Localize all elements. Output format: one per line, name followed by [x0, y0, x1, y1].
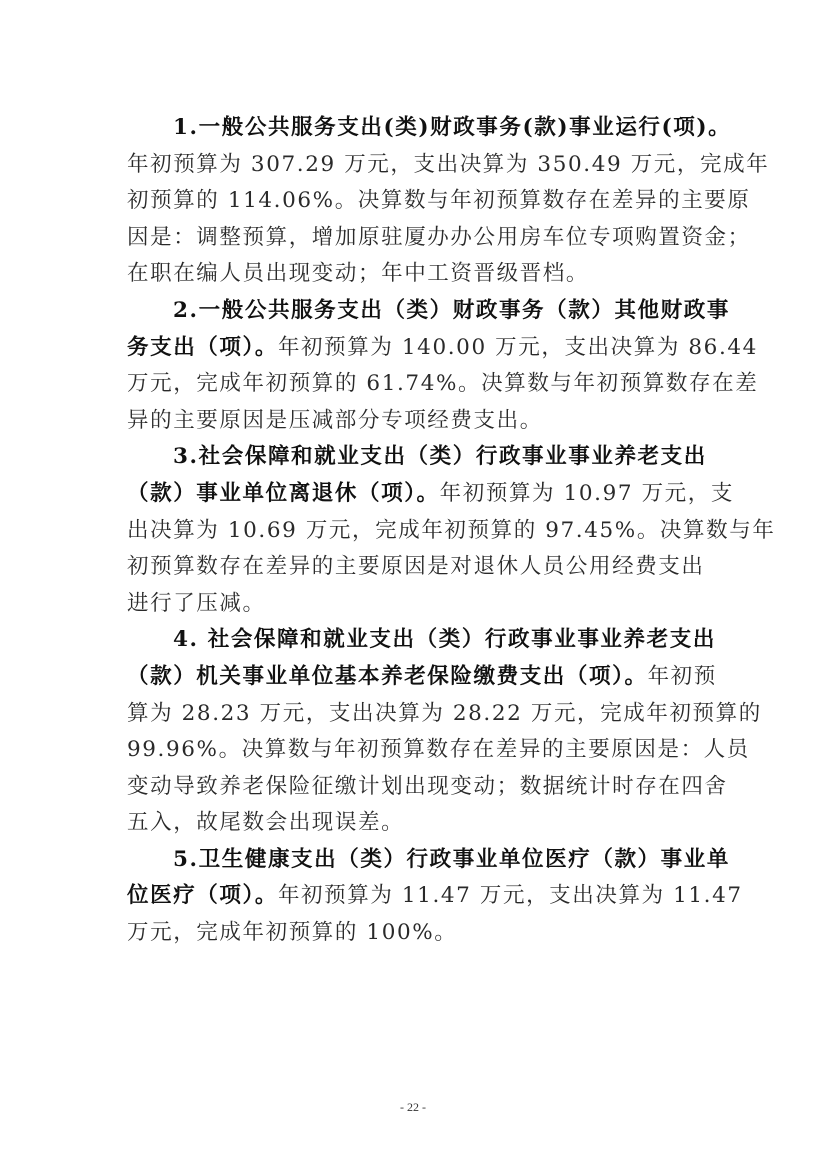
item-body-text: 万元，完成年初预算的 100%。 [127, 920, 457, 945]
item-body-text: 算为 28.23 万元，支出决算为 28.22 万元，完成年初预算的 [127, 701, 762, 726]
paragraph-line: 进行了压减。 [127, 586, 703, 623]
item-body-text: 在职在编人员出现变动；年中工资晋级晋档。 [127, 261, 589, 286]
paragraph-line: 异的主要原因是压减部分专项经费支出。 [127, 403, 703, 440]
item-body-text: 年初预算为 140.00 万元，支出决算为 86.44 [278, 335, 758, 360]
item-heading: 4. 社会保障和就业支出（类）行政事业事业养老支出 [173, 627, 716, 652]
item-body-text: 因是：调整预算，增加原驻厦办办公用房车位专项购置资金； [127, 225, 751, 250]
item-heading: 1.一般公共服务支出(类)财政事务(款)事业运行(项)。 [173, 115, 731, 140]
item-body-text: 出决算为 10.69 万元，完成年初预算的 97.45%。决算数与年 [127, 518, 775, 543]
paragraph-line: 年初预算为 307.29 万元，支出决算为 350.49 万元，完成年 [127, 147, 703, 184]
item-heading: （款）机关事业单位基本养老保险缴费支出（项）。 [127, 664, 648, 689]
document-page: 1.一般公共服务支出(类)财政事务(款)事业运行(项)。 年初预算为 307.2… [0, 0, 826, 1169]
paragraph-line: 务支出（项）。年初预算为 140.00 万元，支出决算为 86.44 [127, 330, 703, 367]
item-heading: 位医疗（项）。 [127, 883, 278, 908]
paragraph-line: 算为 28.23 万元，支出决算为 28.22 万元，完成年初预算的 [127, 696, 703, 733]
paragraph-line: （款）机关事业单位基本养老保险缴费支出（项）。年初预 [127, 659, 703, 696]
paragraph-line: 万元，完成年初预算的 100%。 [127, 915, 703, 952]
item-body-text: 变动导致养老保险征缴计划出现变动；数据统计时存在四舍 [127, 774, 728, 799]
item-body-text: 年初预 [648, 664, 717, 689]
item-heading: 2.一般公共服务支出（类）财政事务（款）其他财政事 [173, 298, 730, 323]
paragraph-line: 在职在编人员出现变动；年中工资晋级晋档。 [127, 256, 703, 293]
paragraph-item-4: 4. 社会保障和就业支出（类）行政事业事业养老支出 （款）机关事业单位基本养老保… [127, 622, 703, 842]
paragraph-line: 初预算数存在差异的主要原因是对退休人员公用经费支出 [127, 549, 703, 586]
paragraph-line: 初预算的 114.06%。决算数与年初预算数存在差异的主要原 [127, 183, 703, 220]
paragraph-line: 4. 社会保障和就业支出（类）行政事业事业养老支出 [127, 622, 703, 659]
item-heading: 3.社会保障和就业支出（类）行政事业事业养老支出 [173, 444, 707, 469]
paragraph-item-1: 1.一般公共服务支出(类)财政事务(款)事业运行(项)。 年初预算为 307.2… [127, 110, 703, 293]
paragraph-line: 1.一般公共服务支出(类)财政事务(款)事业运行(项)。 [127, 110, 703, 147]
item-body-text: 年初预算为 307.29 万元，支出决算为 350.49 万元，完成年 [127, 152, 769, 177]
paragraph-line: 万元，完成年初预算的 61.74%。决算数与年初预算数存在差 [127, 366, 703, 403]
item-body-text: 99.96%。决算数与年初预算数存在差异的主要原因是：人员 [127, 737, 750, 762]
document-body: 1.一般公共服务支出(类)财政事务(款)事业运行(项)。 年初预算为 307.2… [127, 110, 703, 952]
item-heading: 务支出（项）。 [127, 335, 278, 360]
item-body-text: 年初预算为 11.47 万元，支出决算为 11.47 [278, 883, 743, 908]
paragraph-line: 出决算为 10.69 万元，完成年初预算的 97.45%。决算数与年 [127, 513, 703, 550]
item-body-text: 年初预算为 10.97 万元，支 [440, 481, 734, 506]
item-body-text: 进行了压减。 [127, 591, 266, 616]
paragraph-line: （款）事业单位离退休（项）。年初预算为 10.97 万元，支 [127, 476, 703, 513]
paragraph-line: 变动导致养老保险征缴计划出现变动；数据统计时存在四舍 [127, 769, 703, 806]
paragraph-line: 3.社会保障和就业支出（类）行政事业事业养老支出 [127, 439, 703, 476]
paragraph-item-2: 2.一般公共服务支出（类）财政事务（款）其他财政事 务支出（项）。年初预算为 1… [127, 293, 703, 439]
paragraph-line: 5.卫生健康支出（类）行政事业单位医疗（款）事业单 [127, 842, 703, 879]
paragraph-line: 2.一般公共服务支出（类）财政事务（款）其他财政事 [127, 293, 703, 330]
item-body-text: 万元，完成年初预算的 61.74%。决算数与年初预算数存在差 [127, 371, 758, 396]
paragraph-line: 位医疗（项）。年初预算为 11.47 万元，支出决算为 11.47 [127, 878, 703, 915]
item-body-text: 五入，故尾数会出现误差。 [127, 810, 404, 835]
item-body-text: 异的主要原因是压减部分专项经费支出。 [127, 408, 543, 433]
page-number: - 22 - [0, 1100, 826, 1115]
item-heading: （款）事业单位离退休（项）。 [127, 481, 440, 506]
paragraph-item-3: 3.社会保障和就业支出（类）行政事业事业养老支出 （款）事业单位离退休（项）。年… [127, 439, 703, 622]
item-body-text: 初预算的 114.06%。决算数与年初预算数存在差异的主要原 [127, 188, 751, 213]
item-body-text: 初预算数存在差异的主要原因是对退休人员公用经费支出 [127, 554, 705, 579]
item-heading: 5.卫生健康支出（类）行政事业单位医疗（款）事业单 [173, 847, 730, 872]
paragraph-line: 因是：调整预算，增加原驻厦办办公用房车位专项购置资金； [127, 220, 703, 257]
paragraph-line: 99.96%。决算数与年初预算数存在差异的主要原因是：人员 [127, 732, 703, 769]
paragraph-line: 五入，故尾数会出现误差。 [127, 805, 703, 842]
paragraph-item-5: 5.卫生健康支出（类）行政事业单位医疗（款）事业单 位医疗（项）。年初预算为 1… [127, 842, 703, 952]
